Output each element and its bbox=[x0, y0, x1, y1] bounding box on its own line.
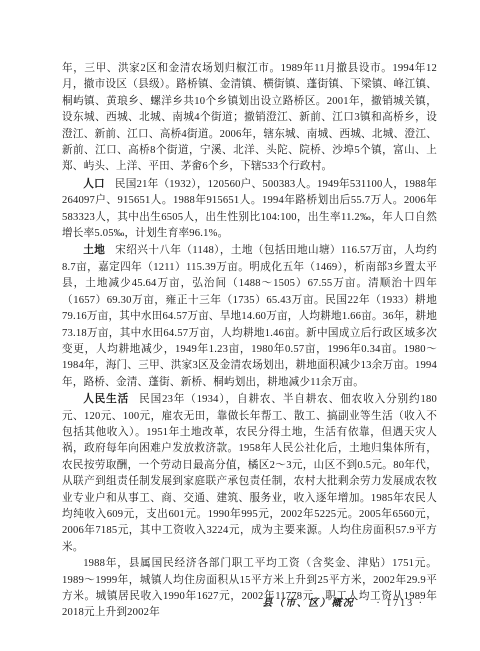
section-heading-people-livelihood: 人民生活 bbox=[83, 393, 139, 405]
page-body: 年，三甲、洪家2区和金清农场划归椒江市。1989年11月撤县设市。1994年12… bbox=[62, 61, 437, 622]
paragraph-text: 1988年，县属国民经济各部门职工平均工资（含奖金、津贴）1751元。1989～… bbox=[62, 558, 437, 618]
paragraph-text: 宋绍兴十八年（1148），土地（包括田地山塘）116.57万亩，人均约8.7亩，… bbox=[62, 245, 437, 387]
footer-page-number: · 1713 · bbox=[376, 598, 424, 609]
document-page: 年，三甲、洪家2区和金清农场划归椒江市。1989年11月撤县设市。1994年12… bbox=[0, 0, 480, 651]
section-heading-population: 人口 bbox=[83, 178, 115, 190]
paragraph-wages-housing: 1988年，县属国民经济各部门职工平均工资（含奖金、津贴）1751元。1989～… bbox=[62, 556, 437, 622]
paragraph-administrative-divisions-continuation: 年，三甲、洪家2区和金清农场划归椒江市。1989年11月撤县设市。1994年12… bbox=[62, 61, 437, 176]
section-heading-land: 土地 bbox=[83, 244, 115, 256]
page-footer: 县（市、区）概况· 1713 · bbox=[62, 594, 424, 609]
paragraph-population: 人口民国21年（1932），120560户、500383人。1949年53110… bbox=[62, 176, 437, 243]
paragraph-land: 土地宋绍兴十八年（1148），土地（包括田地山塘）116.57万亩，人均约8.7… bbox=[62, 242, 437, 391]
paragraph-text: 民国23年（1934），自耕农、半自耕农、佃农收入分别约180元、120元、10… bbox=[62, 394, 437, 553]
paragraph-people-livelihood: 人民生活民国23年（1934），自耕农、半自耕农、佃农收入分别约180元、120… bbox=[62, 391, 437, 556]
paragraph-text: 年，三甲、洪家2区和金清农场划归椒江市。1989年11月撤县设市。1994年12… bbox=[62, 63, 437, 172]
paragraph-text: 民国21年（1932），120560户、500383人。1949年531100人… bbox=[62, 179, 437, 239]
footer-section-label: 县（市、区）概况 bbox=[262, 598, 354, 609]
